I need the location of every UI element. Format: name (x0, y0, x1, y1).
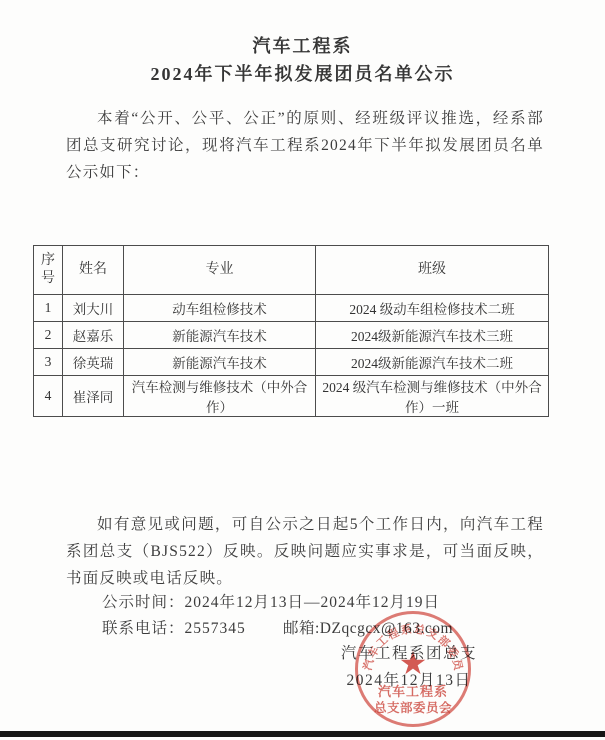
signature-date: 2024年12月13日 (338, 668, 480, 690)
stamp-inner-line2: 总支部委员会 (355, 698, 471, 716)
document-title-line1: 汽车工程系 (0, 32, 605, 58)
header-name: 姓名 (63, 246, 124, 295)
cell-name: 徐英瑞 (63, 349, 124, 376)
cell-name: 刘大川 (63, 295, 124, 322)
scan-bottom-edge (0, 731, 605, 737)
document-title-line2: 2024年下半年拟发展团员名单公示 (0, 60, 605, 86)
contact-line: 联系电话：2557345 邮箱:DZqcgcx@163.com (102, 616, 246, 638)
cell-serial: 3 (34, 349, 63, 376)
cell-serial: 4 (34, 376, 63, 417)
feedback-paragraph: 如有意见或问题，可自公示之日起5个工作日内，向汽车工程系团总支（BJS522）反… (66, 511, 544, 592)
roster-table: 序号 姓名 专业 班级 1 刘大川 动车组检修技术 2024 级动车组检修技术二… (33, 245, 549, 417)
cell-major: 新能源汽车技术 (124, 322, 316, 349)
cell-major: 新能源汽车技术 (124, 349, 316, 376)
contact-email: 邮箱:DZqcgcx@163.com (283, 616, 453, 638)
signature-org: 汽车工程系团总支 (338, 641, 480, 663)
table-row: 3 徐英瑞 新能源汽车技术 2024级新能源汽车技术二班 (34, 349, 549, 376)
notice-period: 公示时间：2024年12月13日—2024年12月19日 (102, 590, 440, 612)
contact-phone: 联系电话：2557345 (102, 620, 246, 637)
header-class: 班级 (316, 246, 549, 295)
header-serial: 序号 (34, 246, 63, 295)
cell-class: 2024级新能源汽车技术三班 (316, 322, 549, 349)
cell-name: 赵嘉乐 (63, 322, 124, 349)
cell-major: 汽车检测与维修技术（中外合作） (124, 376, 316, 417)
cell-serial: 1 (34, 295, 63, 322)
cell-serial: 2 (34, 322, 63, 349)
table-row: 2 赵嘉乐 新能源汽车技术 2024级新能源汽车技术三班 (34, 322, 549, 349)
cell-class: 2024 级动车组检修技术二班 (316, 295, 549, 322)
intro-paragraph: 本着“公开、公平、公正”的原则、经班级评议推选，经系部团总支研究讨论，现将汽车工… (66, 105, 544, 186)
table-row: 1 刘大川 动车组检修技术 2024 级动车组检修技术二班 (34, 295, 549, 322)
notice-document: 汽车工程系 2024年下半年拟发展团员名单公示 本着“公开、公平、公正”的原则、… (0, 0, 605, 740)
cell-major: 动车组检修技术 (124, 295, 316, 322)
cell-name: 崔泽同 (63, 376, 124, 417)
header-major: 专业 (124, 246, 316, 295)
cell-class: 2024级新能源汽车技术二班 (316, 349, 549, 376)
table-row: 4 崔泽同 汽车检测与维修技术（中外合作） 2024 级汽车检测与维修技术（中外… (34, 376, 549, 417)
cell-class: 2024 级汽车检测与维修技术（中外合作）一班 (316, 376, 549, 417)
table-header-row: 序号 姓名 专业 班级 (34, 246, 549, 295)
